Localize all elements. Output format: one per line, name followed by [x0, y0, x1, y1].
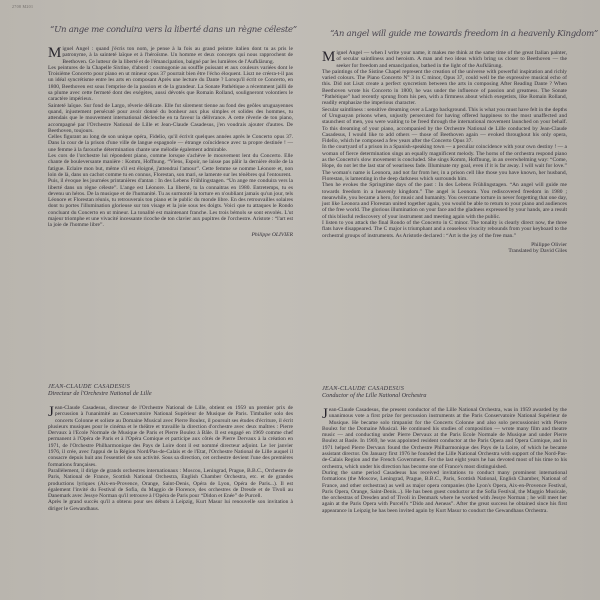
- bio-paragraph: Après le grand succès qu'il a obtenu pou…: [48, 499, 293, 512]
- english-bio-heading: JEAN-CLAUDE CASADESUS Conductor of the L…: [322, 385, 426, 400]
- drop-cap: J: [322, 407, 328, 420]
- essay-paragraph: Secular saintliness : sensitive dreaming…: [322, 107, 567, 145]
- essay-paragraph: Miguel Angel : quand j'écris ton nom, je…: [48, 46, 293, 65]
- bio-title: Directeur de l'Orchestre National de Lil…: [48, 390, 152, 397]
- essay-paragraph: Puis, il évoque les journées printanière…: [48, 178, 293, 228]
- essay-signature: Philippe OLIVIER: [48, 232, 293, 239]
- essay-paragraph: Sainteté laïque. Sur fond de Largo, rêve…: [48, 103, 293, 134]
- english-motto: “An angel will guide me towards freedom …: [330, 29, 598, 39]
- english-bio: Jean-Claude Casadesus, the present condu…: [322, 407, 567, 514]
- drop-cap: M: [322, 50, 335, 63]
- translator-credit: Translated by David Giles: [322, 248, 567, 255]
- bio-name: JEAN-CLAUDE CASADESUS: [322, 385, 426, 392]
- essay-paragraph: The paintings of the Sistine Chapel repr…: [322, 69, 567, 107]
- essay-paragraph: Then he evokes the Springtime days of th…: [322, 182, 567, 220]
- french-essay: Miguel Angel : quand j'écris ton nom, je…: [48, 46, 293, 238]
- french-motto: “Un ange me conduira vers la liberté dan…: [50, 25, 297, 35]
- bio-paragraph: Parallèlement, il dirige de grands orche…: [48, 468, 293, 499]
- english-essay: Miguel Angel — when I write your name, i…: [322, 50, 567, 255]
- bio-name: JEAN-CLAUDE CASADESUS: [48, 383, 152, 390]
- bio-paragraph: Jean-Claude Casadesus, the present condu…: [322, 407, 567, 470]
- essay-paragraph: Les cors de l'orchestre lui répondent pi…: [48, 153, 293, 178]
- french-bio: Jean-Claude Casadesus, directeur de l'Or…: [48, 405, 293, 512]
- essay-paragraph: Miguel Angel — when I write your name, i…: [322, 50, 567, 69]
- bio-title: Conductor of the Lille National Orchestr…: [322, 392, 426, 399]
- drop-cap: M: [48, 46, 61, 59]
- essay-paragraph: I listen to you attack the final Rondo o…: [322, 220, 567, 239]
- catalog-code: 2708 M201: [12, 4, 33, 9]
- essay-paragraph: Celles figurant au long de son unique op…: [48, 134, 293, 153]
- bio-paragraph: Jean-Claude Casadesus, directeur de l'Or…: [48, 405, 293, 468]
- bio-paragraph: During the same period Casadesus has rec…: [322, 470, 567, 514]
- essay-paragraph: Les peintures de la Chapelle Sixtine, d'…: [48, 65, 293, 103]
- drop-cap: J: [48, 405, 54, 418]
- essay-paragraph: In the courtyard of a prison in a Spanis…: [322, 144, 567, 182]
- french-bio-heading: JEAN-CLAUDE CASADESUS Directeur de l'Orc…: [48, 383, 152, 398]
